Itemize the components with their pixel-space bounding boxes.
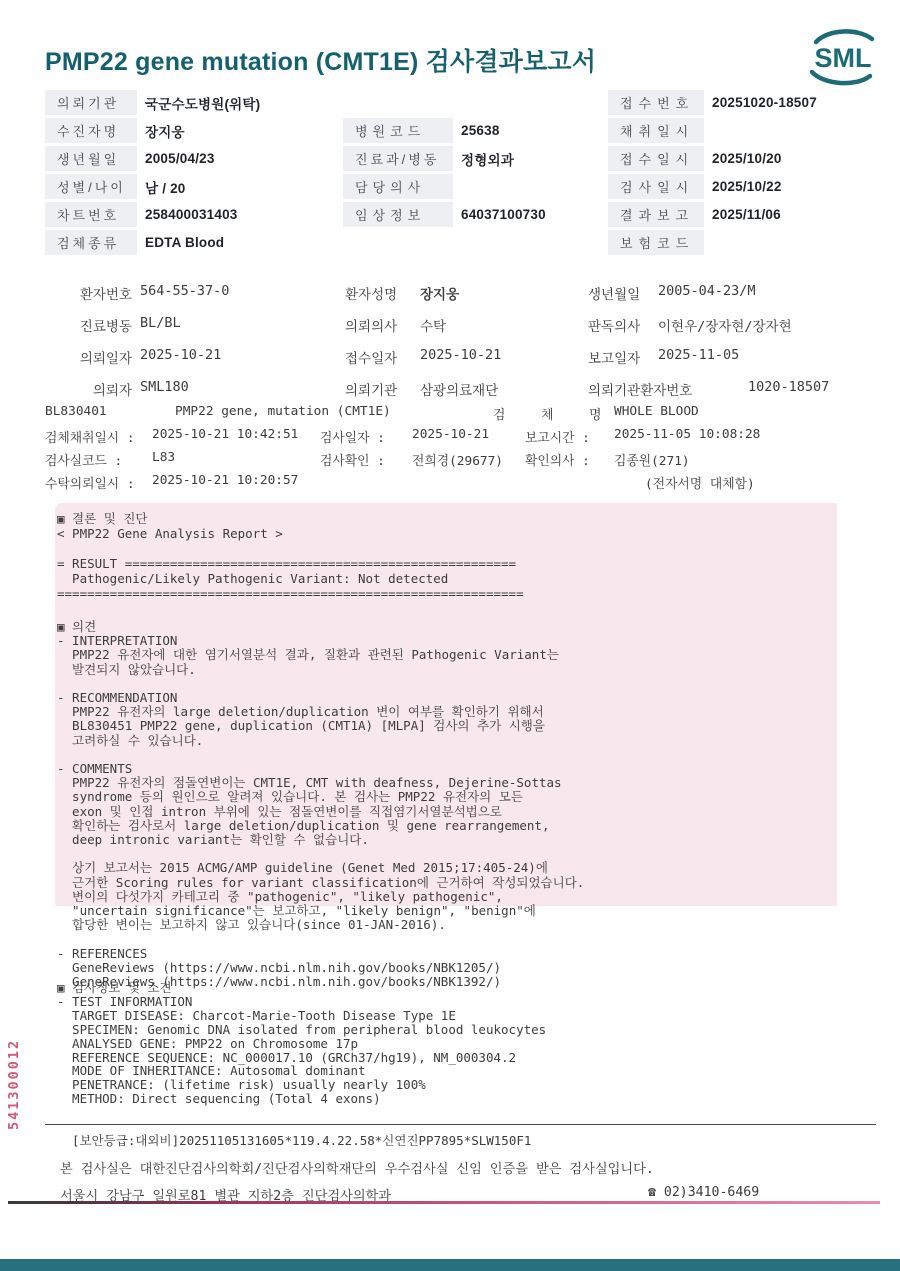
- patient-label: 의뢰자: [40, 379, 132, 399]
- collected-label: 검체채취일시 :: [45, 427, 135, 446]
- patient-label: 의뢰기관환자번호: [588, 379, 692, 399]
- patient-value: BL/BL: [140, 315, 181, 331]
- info-label: 수진자명: [45, 118, 137, 143]
- verified-value: 전희경(29677): [412, 450, 503, 469]
- page-title: PMP22 gene mutation (CMT1E) 검사결과보고서: [45, 42, 596, 78]
- patient-value: 1020-18507: [748, 379, 829, 395]
- lab-code-value: L83: [152, 450, 175, 465]
- bottom-teal-bar: [0, 1259, 900, 1271]
- request-value: 2025-10-21 10:20:57: [152, 473, 298, 488]
- test-header-row: 검사실코드 : L83 검사확인 : 전희경(29677) 확인의사 : 김종원…: [0, 450, 900, 468]
- doctor-value: 김종원(271): [614, 450, 690, 469]
- lab-code-label: 검사실코드 :: [45, 450, 122, 469]
- collected-value: 2025-10-21 10:42:51: [152, 427, 298, 442]
- patient-label: 의뢰의사: [345, 315, 397, 335]
- info-value: 258400031403: [137, 202, 340, 227]
- request-label: 수탁의뢰일시 :: [45, 473, 135, 492]
- patient-label: 환자번호: [40, 283, 132, 303]
- info-label: 임상정보: [343, 202, 453, 227]
- patient-value: 이현우/장자현/장자현: [658, 315, 792, 335]
- conclusion-block: ▣ 결론 및 진단 < PMP22 Gene Analysis Report >…: [57, 511, 524, 601]
- info-label: 검체종류: [45, 230, 137, 255]
- phone-number: 02)3410-6469: [664, 1185, 759, 1200]
- info-value: 2025/10/22: [704, 174, 880, 199]
- report-page: PMP22 gene mutation (CMT1E) 검사결과보고서 SML …: [0, 0, 900, 1271]
- info-label: 결과보고: [608, 202, 704, 227]
- info-label: 보험코드: [608, 230, 704, 255]
- test-info-block: ▣ 검사정보 및 소견 - TEST INFORMATION TARGET DI…: [57, 981, 546, 1106]
- sml-logo-icon: SML: [798, 26, 888, 88]
- patient-value: 수탁: [420, 315, 446, 335]
- info-value: [704, 230, 880, 255]
- test-date-value: 2025-10-21: [412, 427, 489, 442]
- phone-icon: ☎: [648, 1185, 656, 1200]
- info-value: 정형외과: [453, 146, 598, 171]
- info-value: 2025/10/20: [704, 146, 880, 171]
- patient-label: 진료병동: [40, 315, 132, 335]
- report-time-label: 보고시간 :: [525, 427, 590, 446]
- test-header-row: BL830401 PMP22 gene, mutation (CMT1E) 검 …: [0, 404, 900, 422]
- patient-value: 삼광의료재단: [420, 379, 498, 399]
- security-line: [보안등급:대외비]20251105131605*119.4.22.58*신연진…: [72, 1131, 531, 1149]
- info-value: 2005/04/23: [137, 146, 340, 171]
- info-value: [704, 118, 880, 143]
- info-label: 진료과/병동: [343, 146, 453, 171]
- info-label: 접수번호: [608, 90, 704, 115]
- doctor-label: 확인의사 :: [525, 450, 590, 469]
- test-header-row: 검체채취일시 : 2025-10-21 10:42:51 검사일자 : 2025…: [0, 427, 900, 445]
- verified-label: 검사확인 :: [320, 450, 385, 469]
- info-value: 남 / 20: [137, 174, 340, 199]
- opinion-block: ▣ 의견 - INTERPRETATION PMP22 유전자에 대한 염기서열…: [57, 620, 584, 989]
- patient-info-row: 환자번호 564-55-37-0 환자성명 장지웅 생년월일 2005-04-2…: [0, 283, 900, 301]
- patient-label: 생년월일: [588, 283, 640, 303]
- info-value: 장지웅: [137, 118, 340, 143]
- test-header-row: 수탁의뢰일시 : 2025-10-21 10:20:57 (전자서명 대체함): [0, 473, 900, 491]
- patient-info-row: 진료병동 BL/BL 의뢰의사 수탁 판독의사 이현우/장자현/장자현: [0, 315, 900, 333]
- patient-value: 2025-10-21: [140, 347, 221, 363]
- info-value: [453, 174, 598, 199]
- sml-logo-text: SML: [815, 43, 872, 73]
- info-label: 검사일시: [608, 174, 704, 199]
- patient-info-row: 의뢰일자 2025-10-21 접수일자 2025-10-21 보고일자 202…: [0, 347, 900, 365]
- info-label: 의뢰기관: [45, 90, 137, 115]
- report-time-value: 2025-11-05 10:08:28: [614, 427, 760, 442]
- info-value: 25638: [453, 118, 598, 143]
- footer-divider-line: [45, 1124, 876, 1125]
- test-name: PMP22 gene, mutation (CMT1E): [175, 404, 391, 419]
- info-value: EDTA Blood: [137, 230, 598, 255]
- info-label: 담당의사: [343, 174, 453, 199]
- patient-name: 장지웅: [420, 283, 459, 303]
- patient-info-row: 의뢰자 SML180 의뢰기관 삼광의료재단 의뢰기관환자번호 1020-185…: [0, 379, 900, 397]
- test-date-label: 검사일자 :: [320, 427, 385, 446]
- info-label: 성별/나이: [45, 174, 137, 199]
- patient-value: 564-55-37-0: [140, 283, 229, 299]
- info-value: 64037100730: [453, 202, 598, 227]
- patient-label: 보고일자: [588, 347, 640, 367]
- phone-line: ☎ 02)3410-6469: [648, 1185, 759, 1200]
- test-code: BL830401: [45, 404, 107, 419]
- patient-value: 2025-11-05: [658, 347, 739, 363]
- info-value: 2025/11/06: [704, 202, 880, 227]
- patient-label: 의뢰일자: [40, 347, 132, 367]
- specimen-label: 검 체 명: [493, 404, 616, 423]
- info-label: 차트번호: [45, 202, 137, 227]
- esign-note: (전자서명 대체함): [645, 473, 755, 492]
- info-label: 생년월일: [45, 146, 137, 171]
- info-label: 병원코드: [343, 118, 453, 143]
- patient-label: 접수일자: [345, 347, 397, 367]
- side-serial-number: 541300012: [6, 1005, 22, 1130]
- specimen-value: WHOLE BLOOD: [614, 404, 699, 419]
- info-value: 국군수도병원(위탁): [137, 90, 598, 115]
- patient-label: 환자성명: [345, 283, 397, 303]
- info-label: 채취일시: [608, 118, 704, 143]
- patient-label: 판독의사: [588, 315, 640, 335]
- patient-value: 2025-10-21: [420, 347, 501, 363]
- footer-gradient-line: [8, 1201, 880, 1204]
- patient-value: SML180: [140, 379, 189, 395]
- certification-line: 본 검사실은 대한진단검사의학회/진단검사의학재단의 우수검사실 신임 인증을 …: [60, 1158, 654, 1177]
- info-label: 접수일시: [608, 146, 704, 171]
- patient-label: 의뢰기관: [345, 379, 397, 399]
- patient-value: 2005-04-23/M: [658, 283, 756, 299]
- info-value: 20251020-18507: [704, 90, 880, 115]
- sml-logo: SML: [798, 26, 888, 88]
